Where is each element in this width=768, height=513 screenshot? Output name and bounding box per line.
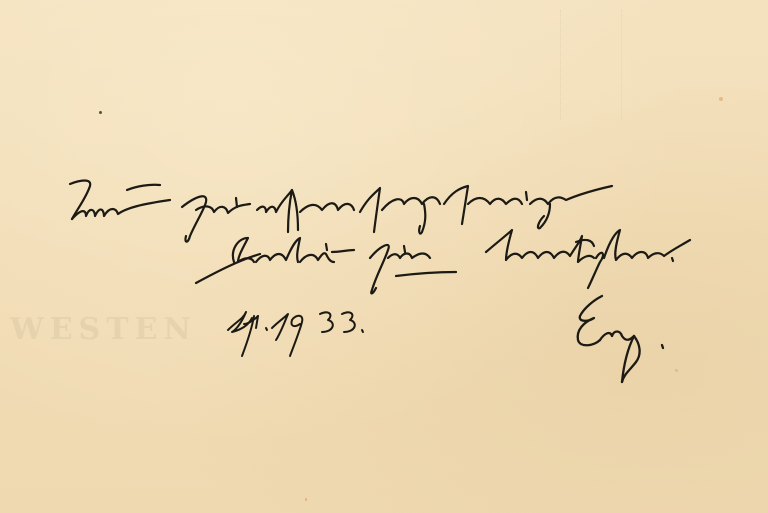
handwriting-signature: [578, 296, 663, 382]
handwriting-date: [228, 312, 363, 356]
paper-page: WESTEN: [0, 0, 768, 513]
handwriting-line-1: [70, 181, 612, 242]
handwriting-line-2: [196, 230, 690, 294]
handwriting-ink: [0, 0, 768, 513]
